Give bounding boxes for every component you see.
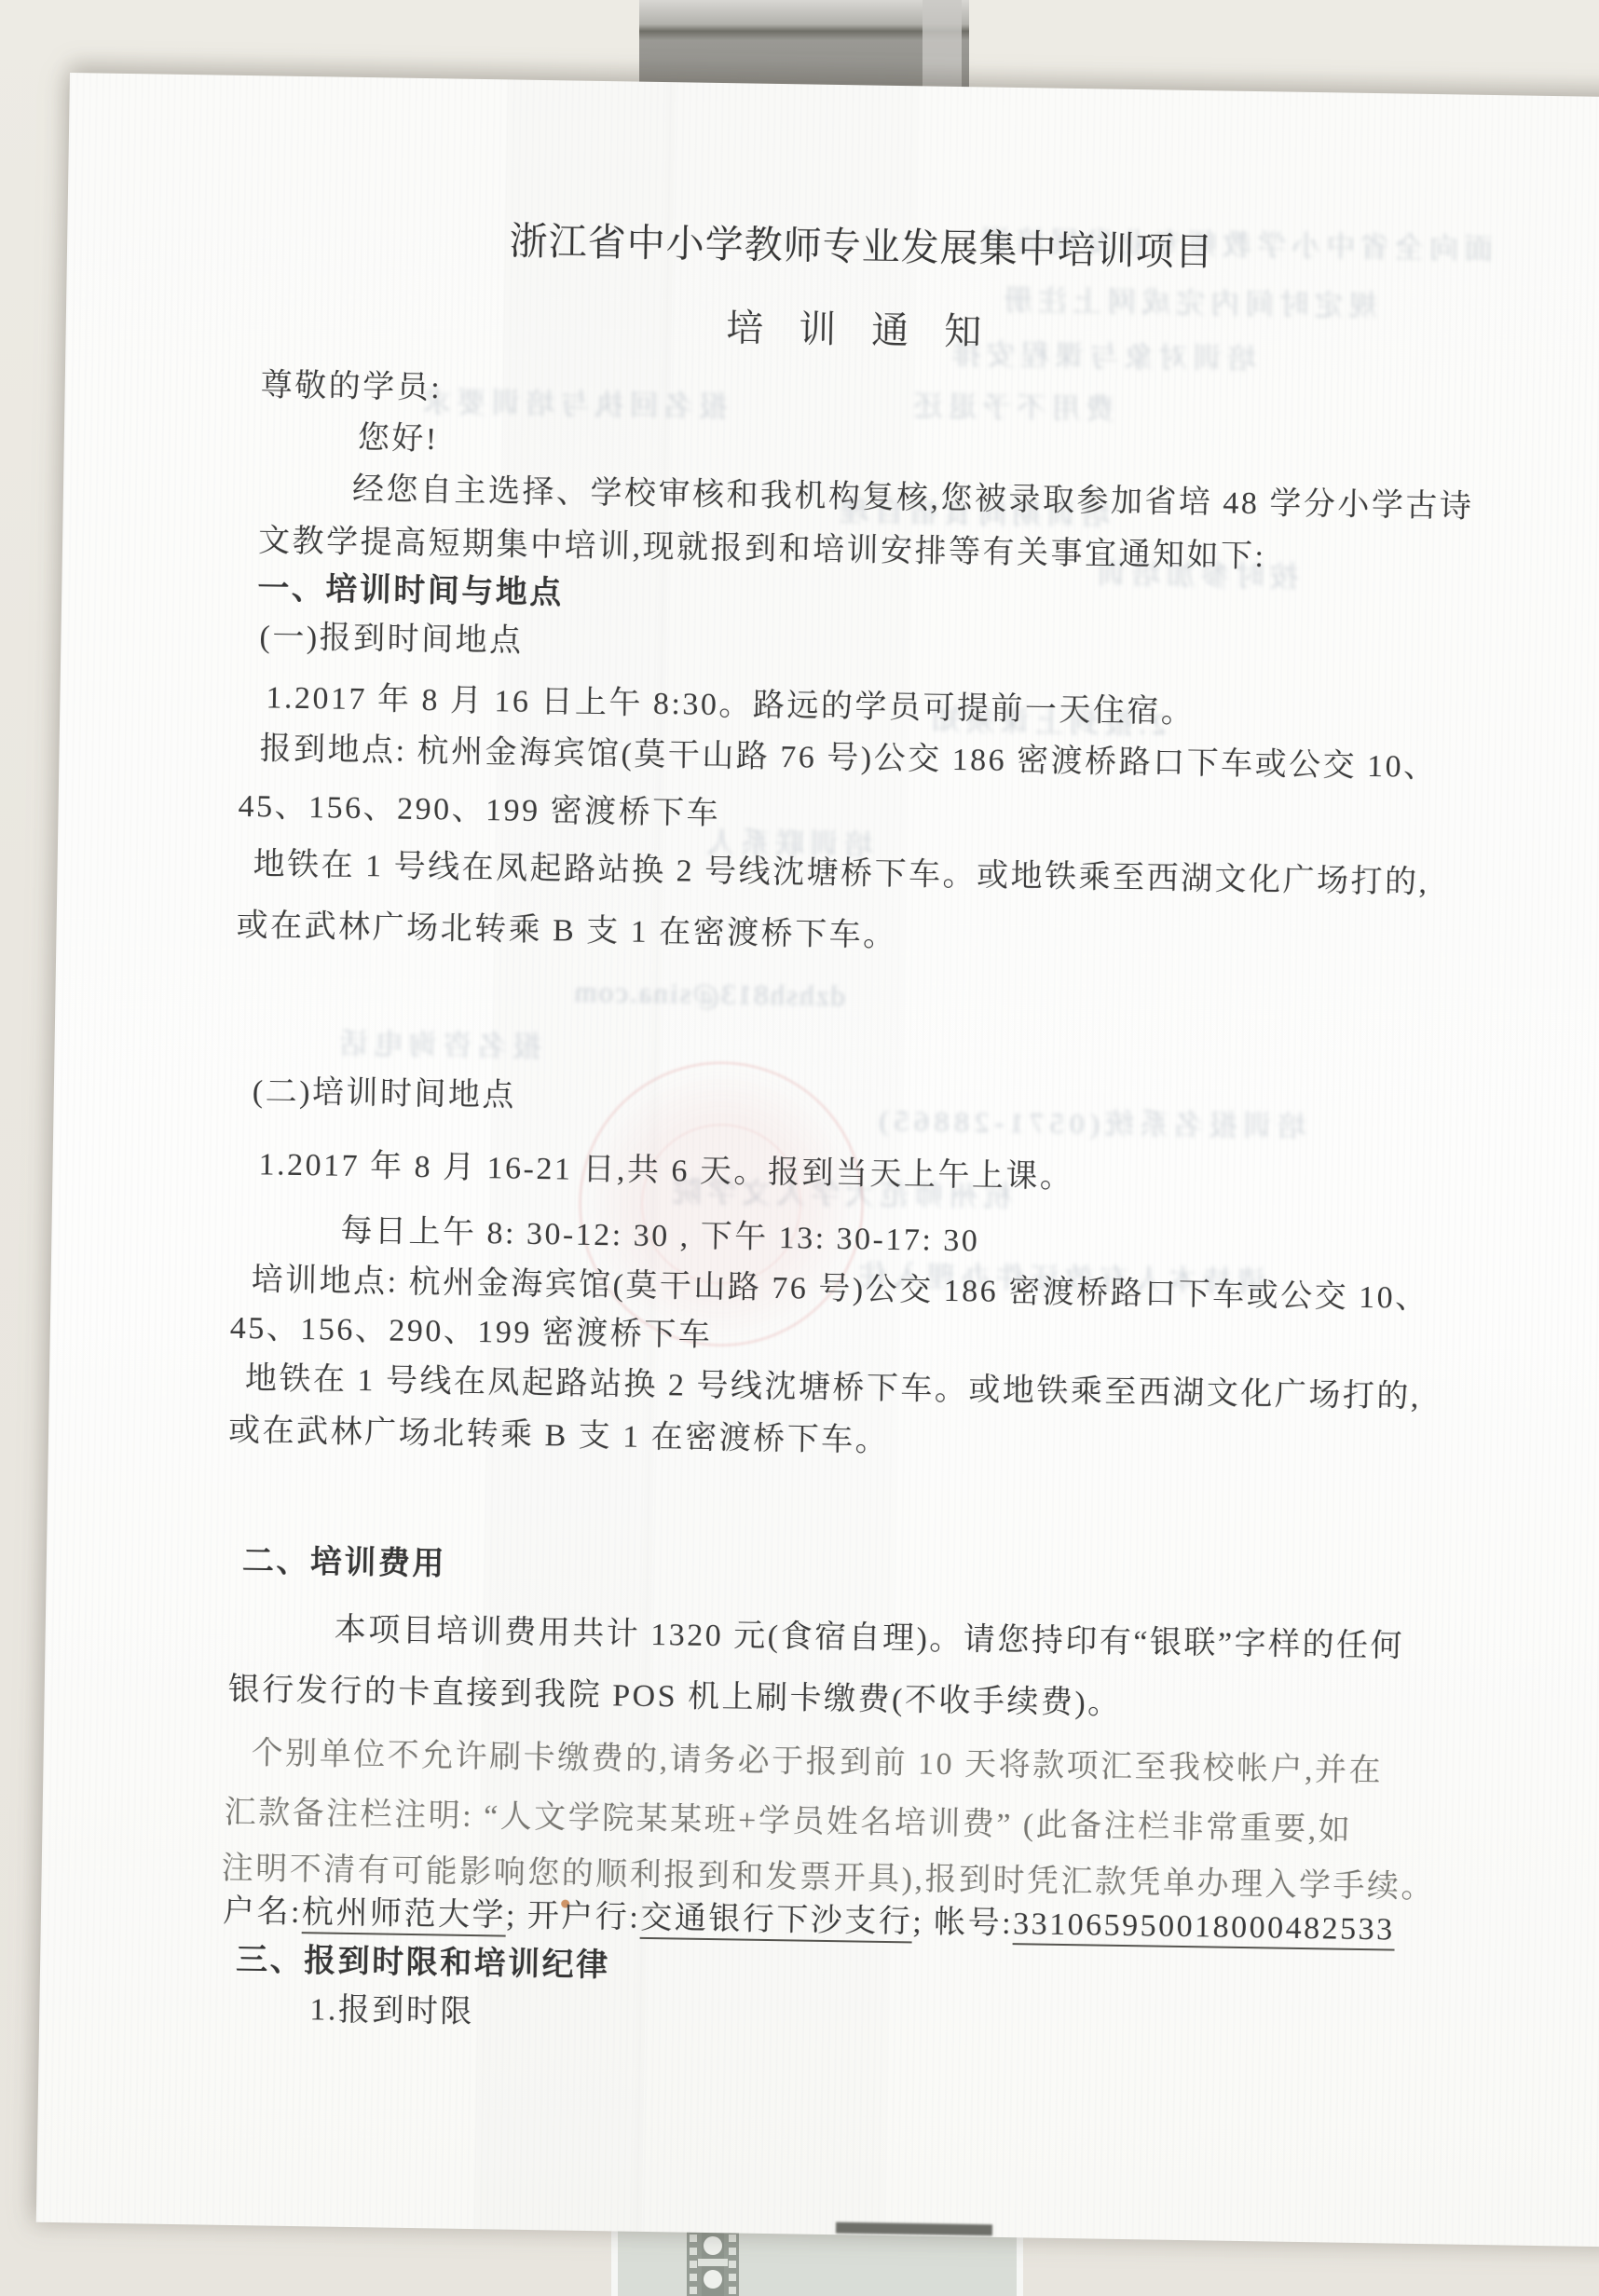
bleedthrough-text: 培训报名系统(0571-28865): [873, 1097, 1306, 1145]
registration-line-4: 地铁在 1 号线在凤起路站换 2 号线沈塘桥下车。或地铁乘至西湖文化广场打的,: [253, 843, 1429, 905]
section3-item-1: 1.报到时限: [309, 1988, 474, 2034]
account-number: 331065950018000482533: [1013, 1906, 1395, 1950]
stamp-inner-ring: [640, 1123, 803, 1286]
registration-line-1: 1.2017 年 8 月 16 日上午 8:30。路远的学员可提前一天住宿。: [266, 676, 1196, 734]
intro-line-1: 经您自主选择、学校审核和我机构复核,您被录取参加省培 48 学分小学古诗: [352, 469, 1474, 529]
training-line-4: 45、156、290、199 密渡桥下车: [229, 1307, 712, 1358]
bleedthrough-text: 费用不予退还: [908, 382, 1115, 427]
scanned-notice-photo: 面向全省中小学教师专业发展培训 规定时间内完成网上注册 培训对象与课程安排 费用…: [0, 0, 1599, 2296]
training-line-5: 地铁在 1 号线在凤起路站换 2 号线沈塘桥下车。或地铁乘至西湖文化广场打的,: [245, 1358, 1422, 1419]
section2-heading: 二、培训费用: [242, 1540, 447, 1586]
greeting: 您好!: [358, 417, 440, 461]
account-bank: 交通银行下沙支行: [640, 1901, 913, 1944]
training-line-6: 或在武林广场北转乘 B 支 1 在密渡桥下车。: [228, 1410, 890, 1463]
registration-heading: (一)报到时间地点: [259, 616, 524, 663]
section3-heading: 三、报到时限和培训纪律: [236, 1939, 610, 1988]
attachment-thumbnail: [611, 2229, 1023, 2296]
notice-page: 面向全省中小学教师专业发展培训 规定时间内完成网上注册 培训对象与课程安排 费用…: [36, 73, 1599, 2247]
bleedthrough-text: 报名回执与培训要求: [417, 378, 728, 425]
account-bank-label: ; 开户行:: [506, 1899, 641, 1935]
fees-line-3: 个别单位不允许刷卡缴费的,请务必于报到前 10 天将款项汇至我校帐户,并在: [251, 1732, 1383, 1793]
account-name-label: 户名:: [223, 1894, 303, 1930]
fees-line-2: 银行发行的卡直接到我院 POS 机上刷卡缴费(不收手续费)。: [227, 1669, 1122, 1726]
salutation: 尊敬的学员:: [260, 364, 442, 410]
bleedthrough-email: dzhsh813@sina.com: [572, 976, 845, 1014]
fees-line-1: 本项目培训费用共计 1320 元(食宿自理)。请您持印有“银联”字样的任何: [334, 1609, 1404, 1669]
training-heading: (二)培训时间地点: [252, 1071, 516, 1117]
notice-subtitle: 培 训 通 知: [66, 296, 1599, 364]
training-line-1: 1.2017 年 8 月 16-21 日,共 6 天。报到当天上午上课。: [258, 1143, 1073, 1199]
training-line-2: 每日上午 8: 30-12: 30 , 下午 13: 30-17: 30: [340, 1210, 980, 1264]
registration-line-2: 报到地点: 杭州金海宾馆(莫干山路 76 号)公交 186 密渡桥路口下车或公交…: [259, 728, 1438, 789]
fees-line-4: 汇款备注栏注明: “人文学院某某班+学员姓名培训费” (此备注栏非常重要,如: [224, 1792, 1352, 1852]
section1-heading: 一、培训时间与地点: [257, 567, 564, 615]
film-strip-icon: [674, 2231, 752, 2296]
bleedthrough-text: 报名咨询电话: [334, 1020, 541, 1065]
account-name: 杭州师范大学: [302, 1895, 507, 1936]
registration-line-5: 或在武林广场北转乘 B 支 1 在密渡桥下车。: [236, 905, 897, 958]
registration-line-3: 45、156、290、199 密渡桥下车: [238, 786, 720, 836]
notice-title: 浙江省中小学教师专业发展集中培训项目: [67, 212, 1599, 280]
account-number-label: ; 帐号:: [912, 1905, 1013, 1941]
